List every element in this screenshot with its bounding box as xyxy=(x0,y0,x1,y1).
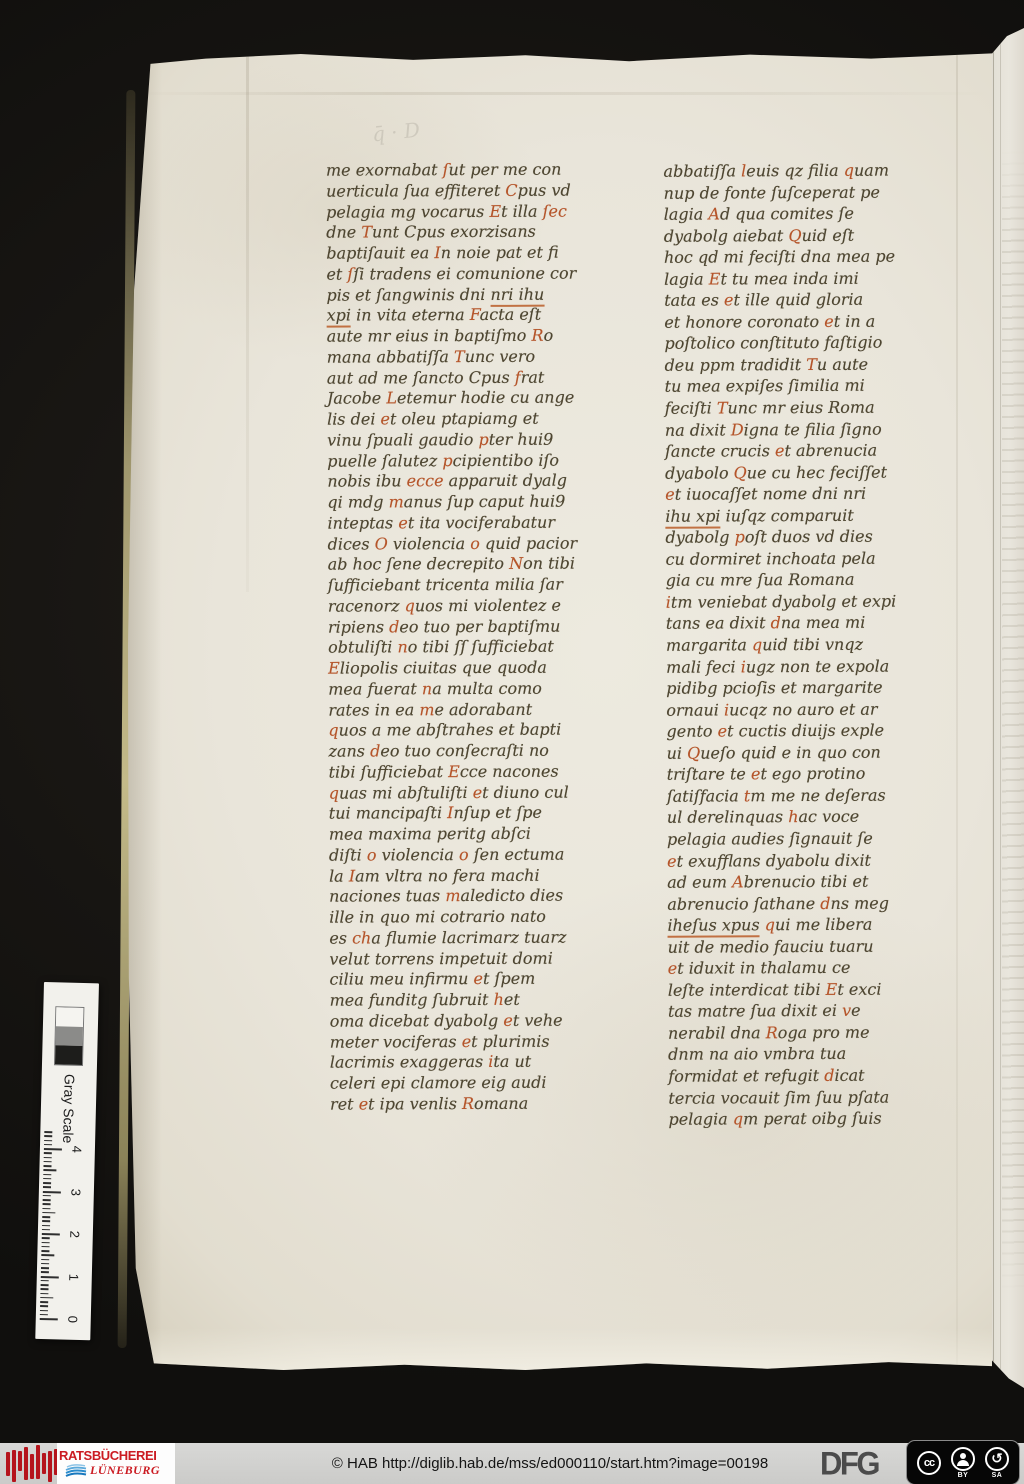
rubricated-text: e xyxy=(751,765,761,784)
rubricated-text: e xyxy=(718,722,728,741)
sa-arrow-icon: ↺ xyxy=(985,1447,1009,1471)
manuscript-line: cu dormiret inchoata pela xyxy=(665,547,949,570)
rubricated-text: e xyxy=(503,1011,513,1030)
horizontal-fold-line xyxy=(128,92,992,95)
rubricated-text: E xyxy=(709,269,721,288)
manuscript-line: tercia vocauit ſim ſuu pſata xyxy=(668,1086,952,1109)
cc-icon: cc xyxy=(917,1451,941,1475)
rubricated-text: ecce xyxy=(407,471,444,490)
ruler-tick xyxy=(43,1178,51,1180)
ratsbuecherei-barcode-icon xyxy=(6,1443,58,1484)
manuscript-line: nobis ibu ecce apparuit dyalg xyxy=(327,471,617,493)
red-underlined-text: xpi xyxy=(327,306,351,328)
rubricated-text: I xyxy=(349,866,355,885)
rubricated-text: T xyxy=(806,355,817,374)
calibration-patch xyxy=(55,1045,82,1065)
rubricated-text: i xyxy=(741,657,746,676)
rubricated-text: e xyxy=(824,312,834,331)
text-column-right: abbatiſſa leuis qz filia quamnup de font… xyxy=(663,159,952,1130)
rubricated-text: ch xyxy=(352,928,371,947)
rubricated-text: e xyxy=(473,969,483,988)
red-underlined-text: ihu xpi xyxy=(665,506,720,528)
manuscript-line: es cha flumie lacrimarz tuarz xyxy=(329,927,619,949)
ruler-tick xyxy=(43,1191,61,1193)
ruler-tick xyxy=(42,1233,60,1235)
manuscript-line: Eliopolis ciuitas que quoda xyxy=(328,657,618,679)
ruler-tick xyxy=(43,1169,56,1171)
rubricated-text: e xyxy=(462,1032,472,1051)
rubricated-text: d xyxy=(771,614,781,633)
ruler-tick xyxy=(41,1250,49,1252)
ruler-number: 2 xyxy=(67,1227,82,1241)
rubricated-text: Q xyxy=(788,226,801,245)
ruler-tick xyxy=(42,1216,50,1218)
manuscript-line: mea funditg ſubruit het xyxy=(330,989,620,1011)
rubricated-text: A xyxy=(732,872,744,891)
rubricated-text: q xyxy=(405,596,415,615)
rubricated-text: i xyxy=(666,593,671,612)
rubricated-text: E xyxy=(489,201,501,220)
manuscript-line: dnm na aio vmbra tua xyxy=(668,1043,952,1066)
ruler-tick xyxy=(42,1225,50,1227)
ruler-tick xyxy=(44,1152,52,1154)
rubricated-text: e xyxy=(398,513,408,532)
rubricated-text: e xyxy=(667,851,677,870)
manuscript-line: abbatiſſa leuis qz filia quam xyxy=(663,159,947,182)
calibration-patch xyxy=(56,1007,83,1027)
manuscript-line: pis et ſangwinis dni nri ihu xyxy=(326,284,616,306)
rubricated-text: e xyxy=(668,959,678,978)
ruler-tick xyxy=(41,1284,49,1286)
rubricated-text: L xyxy=(386,389,397,408)
vertical-crease xyxy=(956,52,958,1374)
manuscript-line: gia cu mre ſua Romana xyxy=(666,569,950,592)
rubricated-text: ſ xyxy=(443,160,449,179)
manuscript-line: formidat et refugit dicat xyxy=(668,1064,952,1087)
manuscript-line: uit de medio fauciu tuaru xyxy=(668,935,952,958)
manuscript-line: ab hoc ſene decrepito Non tibi xyxy=(328,554,618,576)
ruler-tick xyxy=(43,1203,51,1205)
cc-license-badge: cc BY ↺ SA xyxy=(906,1440,1020,1484)
manuscript-line: dices O violencia o quid pacior xyxy=(328,533,618,555)
ruler-tick xyxy=(42,1220,50,1222)
manuscript-line: lis dei et oleu ptapiamg et xyxy=(327,408,617,430)
rubricated-text: f xyxy=(515,367,521,386)
manuscript-line: hoc qd mi feciſti dna mea pe xyxy=(664,245,948,268)
text-column-left: me exornabat ſut per me conuerticula ſua… xyxy=(326,159,620,1115)
manuscript-line: pelagia mg vocarus Et illa ſec xyxy=(326,201,616,223)
rubricated-text: q xyxy=(844,161,854,180)
rubricated-text: D xyxy=(731,420,744,439)
ruler-tick xyxy=(40,1310,48,1312)
rubricated-text: q xyxy=(733,1109,743,1128)
ruler-tick xyxy=(40,1293,48,1295)
ruler-tick xyxy=(44,1157,52,1159)
manuscript-line: ille in quo mi cotrario nato xyxy=(329,906,619,928)
manuscript-line: lacrimis exaggeras ita ut xyxy=(330,1052,620,1074)
ruler-tick xyxy=(44,1135,52,1137)
ruler-tick xyxy=(41,1267,49,1269)
ruler-tick xyxy=(40,1297,53,1299)
rubricated-text: T xyxy=(361,223,372,242)
rubricated-text: C xyxy=(505,181,517,200)
rubricated-text: v xyxy=(842,1001,851,1020)
rubricated-text: m xyxy=(419,700,434,719)
manuscript-line: lagia Ad qua comites ſe xyxy=(664,202,948,225)
rubricated-text: e xyxy=(775,441,785,460)
rubricated-text: o xyxy=(459,845,469,864)
manuscript-line: feciſti Tunc mr eius Roma xyxy=(665,396,949,419)
ruler-tick xyxy=(44,1161,52,1163)
ruler-tick xyxy=(42,1229,50,1231)
rubricated-text: e xyxy=(665,485,675,504)
rubricated-text: Q xyxy=(734,463,747,482)
rubricated-text: q xyxy=(328,721,338,740)
manuscript-line: obtuliſti no tibi ſſ ſufficiebat xyxy=(328,637,618,659)
rubricated-text: O xyxy=(375,534,388,553)
manuscript-line: zans deo tuo conſecraſti no xyxy=(328,740,618,762)
footer-bar: RATSBÜCHEREI LÜNEBURG © HAB http://digli… xyxy=(0,1443,1024,1484)
manuscript-line: xpi in vita eterna Facta eſt xyxy=(327,305,617,327)
manuscript-line: pelagia qm perat oibg ſuis xyxy=(668,1107,952,1130)
pencil-annotation: q̄ · D xyxy=(371,118,421,147)
manuscript-line: Jacobe Letemur hodie cu ange xyxy=(327,388,617,410)
rubricated-text: I xyxy=(434,243,440,262)
page-edge-line xyxy=(993,28,994,1388)
rubricated-text: d xyxy=(824,1066,834,1085)
ruler-tick xyxy=(40,1314,48,1316)
manuscript-line: vinu ſpuali gaudio pter hui9 xyxy=(327,429,617,451)
ruler-tick xyxy=(43,1182,51,1184)
manuscript-line: ſufficiebant tricenta milia ſar xyxy=(328,574,618,596)
ruler-tick xyxy=(43,1165,51,1167)
manuscript-line: leſte interdicat tibi Et exci xyxy=(668,978,952,1001)
vertical-crease xyxy=(246,52,249,592)
ruler-number: 1 xyxy=(66,1270,81,1284)
ruler-tick xyxy=(40,1301,48,1303)
manuscript-line: ornaui iucqz no auro et ar xyxy=(666,698,950,721)
manuscript-line: pelagia audies ſignauit ſe xyxy=(667,827,951,850)
manuscript-line: et exufflans dyabolu dixit xyxy=(667,849,951,872)
page-edge-line xyxy=(1000,28,1001,1388)
rubricated-text: F xyxy=(470,305,480,324)
manuscript-line: dyabolo Que cu hec feciſſet xyxy=(665,461,949,484)
rubricated-text: e xyxy=(380,409,390,428)
sa-label: SA xyxy=(992,1472,1003,1479)
rubricated-text: E xyxy=(826,980,838,999)
ruler-number: 0 xyxy=(65,1312,80,1326)
manuscript-line: lagia Et tu mea inda imi xyxy=(664,267,948,290)
copyright-text: © HAB http://diglib.hab.de/mss/ed000110/… xyxy=(190,1443,910,1484)
rubricated-text: n xyxy=(397,638,407,657)
manuscript-line: dyabolg poſt duos vd dies xyxy=(665,526,949,549)
ruler-tick xyxy=(43,1195,51,1197)
manuscript-line: dne Tunt Cpus exorzisans xyxy=(326,222,616,244)
rubricated-text: m xyxy=(389,492,404,511)
red-underlined-text: nri ihu xyxy=(490,284,544,306)
rubricated-text: ſec xyxy=(543,201,567,220)
manuscript-line: mana abbatiſſa Tunc vero xyxy=(327,346,617,368)
ruler-tick xyxy=(41,1263,49,1265)
manuscript-line: et iuocaſſet nome dni nri xyxy=(665,482,949,505)
rubricated-text: p xyxy=(735,528,745,547)
rubricated-text: m xyxy=(445,886,460,905)
ruler-tick xyxy=(41,1271,49,1273)
rubricated-text: d xyxy=(389,617,399,636)
manuscript-line: ad eum Abrenucio tibi et xyxy=(667,870,951,893)
manuscript-line: ret et ipa venlis Romana xyxy=(330,1093,620,1115)
manuscript-line: itm veniebat dyabolg et expi xyxy=(666,590,950,613)
manuscript-line: baptiſauit ea In noie pat et fi xyxy=(326,242,616,264)
ruler-tick xyxy=(43,1199,51,1201)
ruler-tick xyxy=(42,1237,50,1239)
rubricated-text: q xyxy=(765,915,775,934)
red-underlined-text: iheſus xpus xyxy=(667,915,759,937)
ruler-tick xyxy=(41,1276,59,1278)
manuscript-line: nup de fonte ſuſceperat pe xyxy=(664,181,948,204)
rubricated-text: p xyxy=(442,451,452,470)
calibration-patch xyxy=(55,1026,82,1046)
manuscript-line: gento et cuctis diuijs exple xyxy=(666,719,950,742)
manuscript-line: oma dicebat dyabolg et vehe xyxy=(330,1010,620,1032)
rubricated-text: E xyxy=(448,762,460,781)
by-person-icon xyxy=(951,1447,975,1471)
ruler-tick xyxy=(42,1208,50,1210)
ruler-tick xyxy=(40,1305,48,1307)
manuscript-line: poſtolico conſtituto faſtigio xyxy=(664,332,948,355)
rubricated-text: q xyxy=(752,635,762,654)
manuscript-line: ciliu meu infirmu et ſpem xyxy=(329,969,619,991)
manuscript-line: dyabolg aiebat Quid eſt xyxy=(664,224,948,247)
manuscript-page: q̄ · D me exornabat ſut per me conuertic… xyxy=(128,52,992,1374)
manuscript-line: ihu xpi iuſqz comparuit xyxy=(665,504,949,527)
manuscript-line: deu ppm tradidit Tu aute xyxy=(664,353,948,376)
rubricated-text: l xyxy=(741,161,746,180)
manuscript-line: tibi ſufficiebat Ecce nacones xyxy=(329,761,619,783)
manuscript-line: aute mr eius in baptiſmo Ro xyxy=(327,325,617,347)
rubricated-text: p xyxy=(478,430,488,449)
manuscript-line: ui Queſo quid e in quo con xyxy=(667,741,951,764)
ruler-tick xyxy=(42,1246,50,1248)
ruler-tick xyxy=(44,1148,62,1150)
ruler-number: 3 xyxy=(68,1185,83,1199)
manuscript-line: et honore coronato et in a xyxy=(664,310,948,333)
ruler-tick xyxy=(40,1318,58,1320)
ruler-number: 4 xyxy=(69,1142,84,1156)
rubricated-text: h xyxy=(494,990,504,1009)
manuscript-line: ul derelinquas hac voce xyxy=(667,806,951,829)
rubricated-text: e xyxy=(359,1094,369,1113)
manuscript-line: aut ad me ſancto Cpus frat xyxy=(327,367,617,389)
manuscript-line: et iduxit in thalamu ce xyxy=(668,956,952,979)
rubricated-text: A xyxy=(708,205,720,224)
manuscript-line: quos a me abſtrahes et bapti xyxy=(328,720,618,742)
rubricated-text: e xyxy=(724,291,734,310)
page-bottom-highlight xyxy=(128,1328,992,1374)
manuscript-line: na dixit Digna te filia ſigno xyxy=(665,418,949,441)
ruler-tick xyxy=(42,1212,55,1214)
rubricated-text: i xyxy=(488,1052,493,1071)
manuscript-line: diſti o violencia o ſen ectuma xyxy=(329,844,619,866)
manuscript-line: la Iam vltra no fera machi xyxy=(329,865,619,887)
manuscript-line: me exornabat ſut per me con xyxy=(326,159,616,181)
manuscript-line: meter vociferas et plurimis xyxy=(330,1031,620,1053)
manuscript-line: naciones tuas maledicto dies xyxy=(329,886,619,908)
rubricated-text: o xyxy=(470,533,480,552)
show-through-text xyxy=(1002,148,1024,1298)
rubricated-text: d xyxy=(370,741,380,760)
manuscript-line: tui mancipaſti Inſup et ſpe xyxy=(329,803,619,825)
rubricated-text: q xyxy=(329,783,339,802)
manuscript-line: quas mi abſtuliſti et diuno cul xyxy=(329,782,619,804)
rubricated-text: ſ xyxy=(347,264,353,283)
manuscript-line: ſatiſfacia tm me ne deſeras xyxy=(667,784,951,807)
library-city: LÜNEBURG xyxy=(90,1464,160,1477)
rubricated-text: n xyxy=(422,679,432,698)
ruler-tick xyxy=(44,1140,52,1142)
manuscript-line: mea fuerat na multa como xyxy=(328,678,618,700)
manuscript-line: ripiens deo tuo per baptiſmu xyxy=(328,616,618,638)
ruler-tick xyxy=(41,1259,49,1261)
rubricated-text: N xyxy=(509,554,523,573)
manuscript-line: mea maxima peritg abſci xyxy=(329,823,619,845)
dfg-logo: DFG xyxy=(820,1442,878,1484)
fanned-book-icon xyxy=(65,1463,87,1478)
manuscript-line: triſtare te et ego protino xyxy=(667,763,951,786)
manuscript-line: abrenucio ſathane dns meg xyxy=(667,892,951,915)
manuscript-line: rates in ea me adorabant xyxy=(328,699,618,721)
rubricated-text: d xyxy=(820,893,830,912)
rubricated-text: Q xyxy=(687,743,700,762)
rubricated-text: R xyxy=(462,1094,474,1113)
manuscript-line: inteptas et ita vociferabatur xyxy=(327,512,617,534)
manuscript-line: margarita quid tibi vnqz xyxy=(666,633,950,656)
ruler-tick xyxy=(42,1242,50,1244)
manuscript-line: tata es et ille quid gloria xyxy=(664,289,948,312)
rubricated-text: h xyxy=(788,807,798,826)
library-name: RATSBÜCHEREI xyxy=(59,1449,173,1463)
rubricated-text: T xyxy=(717,398,728,417)
ruler-tick xyxy=(44,1131,52,1133)
manuscript-line: et ſſi tradens ei comunione cor xyxy=(326,263,616,285)
ruler-ticks: 43210 xyxy=(44,982,99,983)
rubricated-text: o xyxy=(367,845,377,864)
ruler-label: Gray Scale xyxy=(60,1074,78,1144)
manuscript-line: tu mea expiſes ſimilia mi xyxy=(665,375,949,398)
ruler-tick xyxy=(43,1186,51,1188)
manuscript-line: iheſus xpus qui me libera xyxy=(667,913,951,936)
ruler-tick xyxy=(43,1174,51,1176)
manuscript-line: ſancte crucis et abrenucia xyxy=(665,439,949,462)
manuscript-line: velut torrens impetuit domi xyxy=(329,948,619,970)
digitized-manuscript-photo: q̄ · D me exornabat ſut per me conuertic… xyxy=(0,0,1024,1484)
ratsbuecherei-logo: RATSBÜCHEREI LÜNEBURG xyxy=(57,1443,175,1484)
manuscript-line: celeri epi clamore eig audi xyxy=(330,1072,620,1094)
rubricated-text: R xyxy=(766,1023,778,1042)
gray-scale-ruler: Gray Scale 43210 xyxy=(35,982,99,1340)
manuscript-line: nerabil dna Roga pro me xyxy=(668,1021,952,1044)
ruler-tick xyxy=(41,1280,49,1282)
rubricated-text: e xyxy=(473,782,483,801)
manuscript-line: pidibg pcioſis et margarite xyxy=(666,676,950,699)
rubricated-text: i xyxy=(724,700,729,719)
rubricated-text: t xyxy=(744,786,751,805)
rubricated-text: R xyxy=(531,326,543,345)
manuscript-line: uerticula ſua effiteret Cpus vd xyxy=(326,180,616,202)
manuscript-line: tans ea dixit dna mea mi xyxy=(666,612,950,635)
rubricated-text: T xyxy=(454,347,465,366)
ruler-tick xyxy=(44,1144,52,1146)
rubricated-text: E xyxy=(328,659,340,678)
manuscript-line: racenorz quos mi violentez e xyxy=(328,595,618,617)
manuscript-line: mali feci iugz non te expola xyxy=(666,655,950,678)
manuscript-line: puelle ſalutez pcipientibo iſo xyxy=(327,450,617,472)
ruler-tick xyxy=(41,1254,54,1256)
by-label: BY xyxy=(958,1472,969,1479)
manuscript-line: tas matre ſua dixit ei ve xyxy=(668,1000,952,1023)
calibration-patches xyxy=(54,1006,84,1066)
rubricated-text: I xyxy=(447,803,453,822)
manuscript-line: qi mdg manus ſup caput hui9 xyxy=(327,491,617,513)
ruler-tick xyxy=(40,1288,48,1290)
